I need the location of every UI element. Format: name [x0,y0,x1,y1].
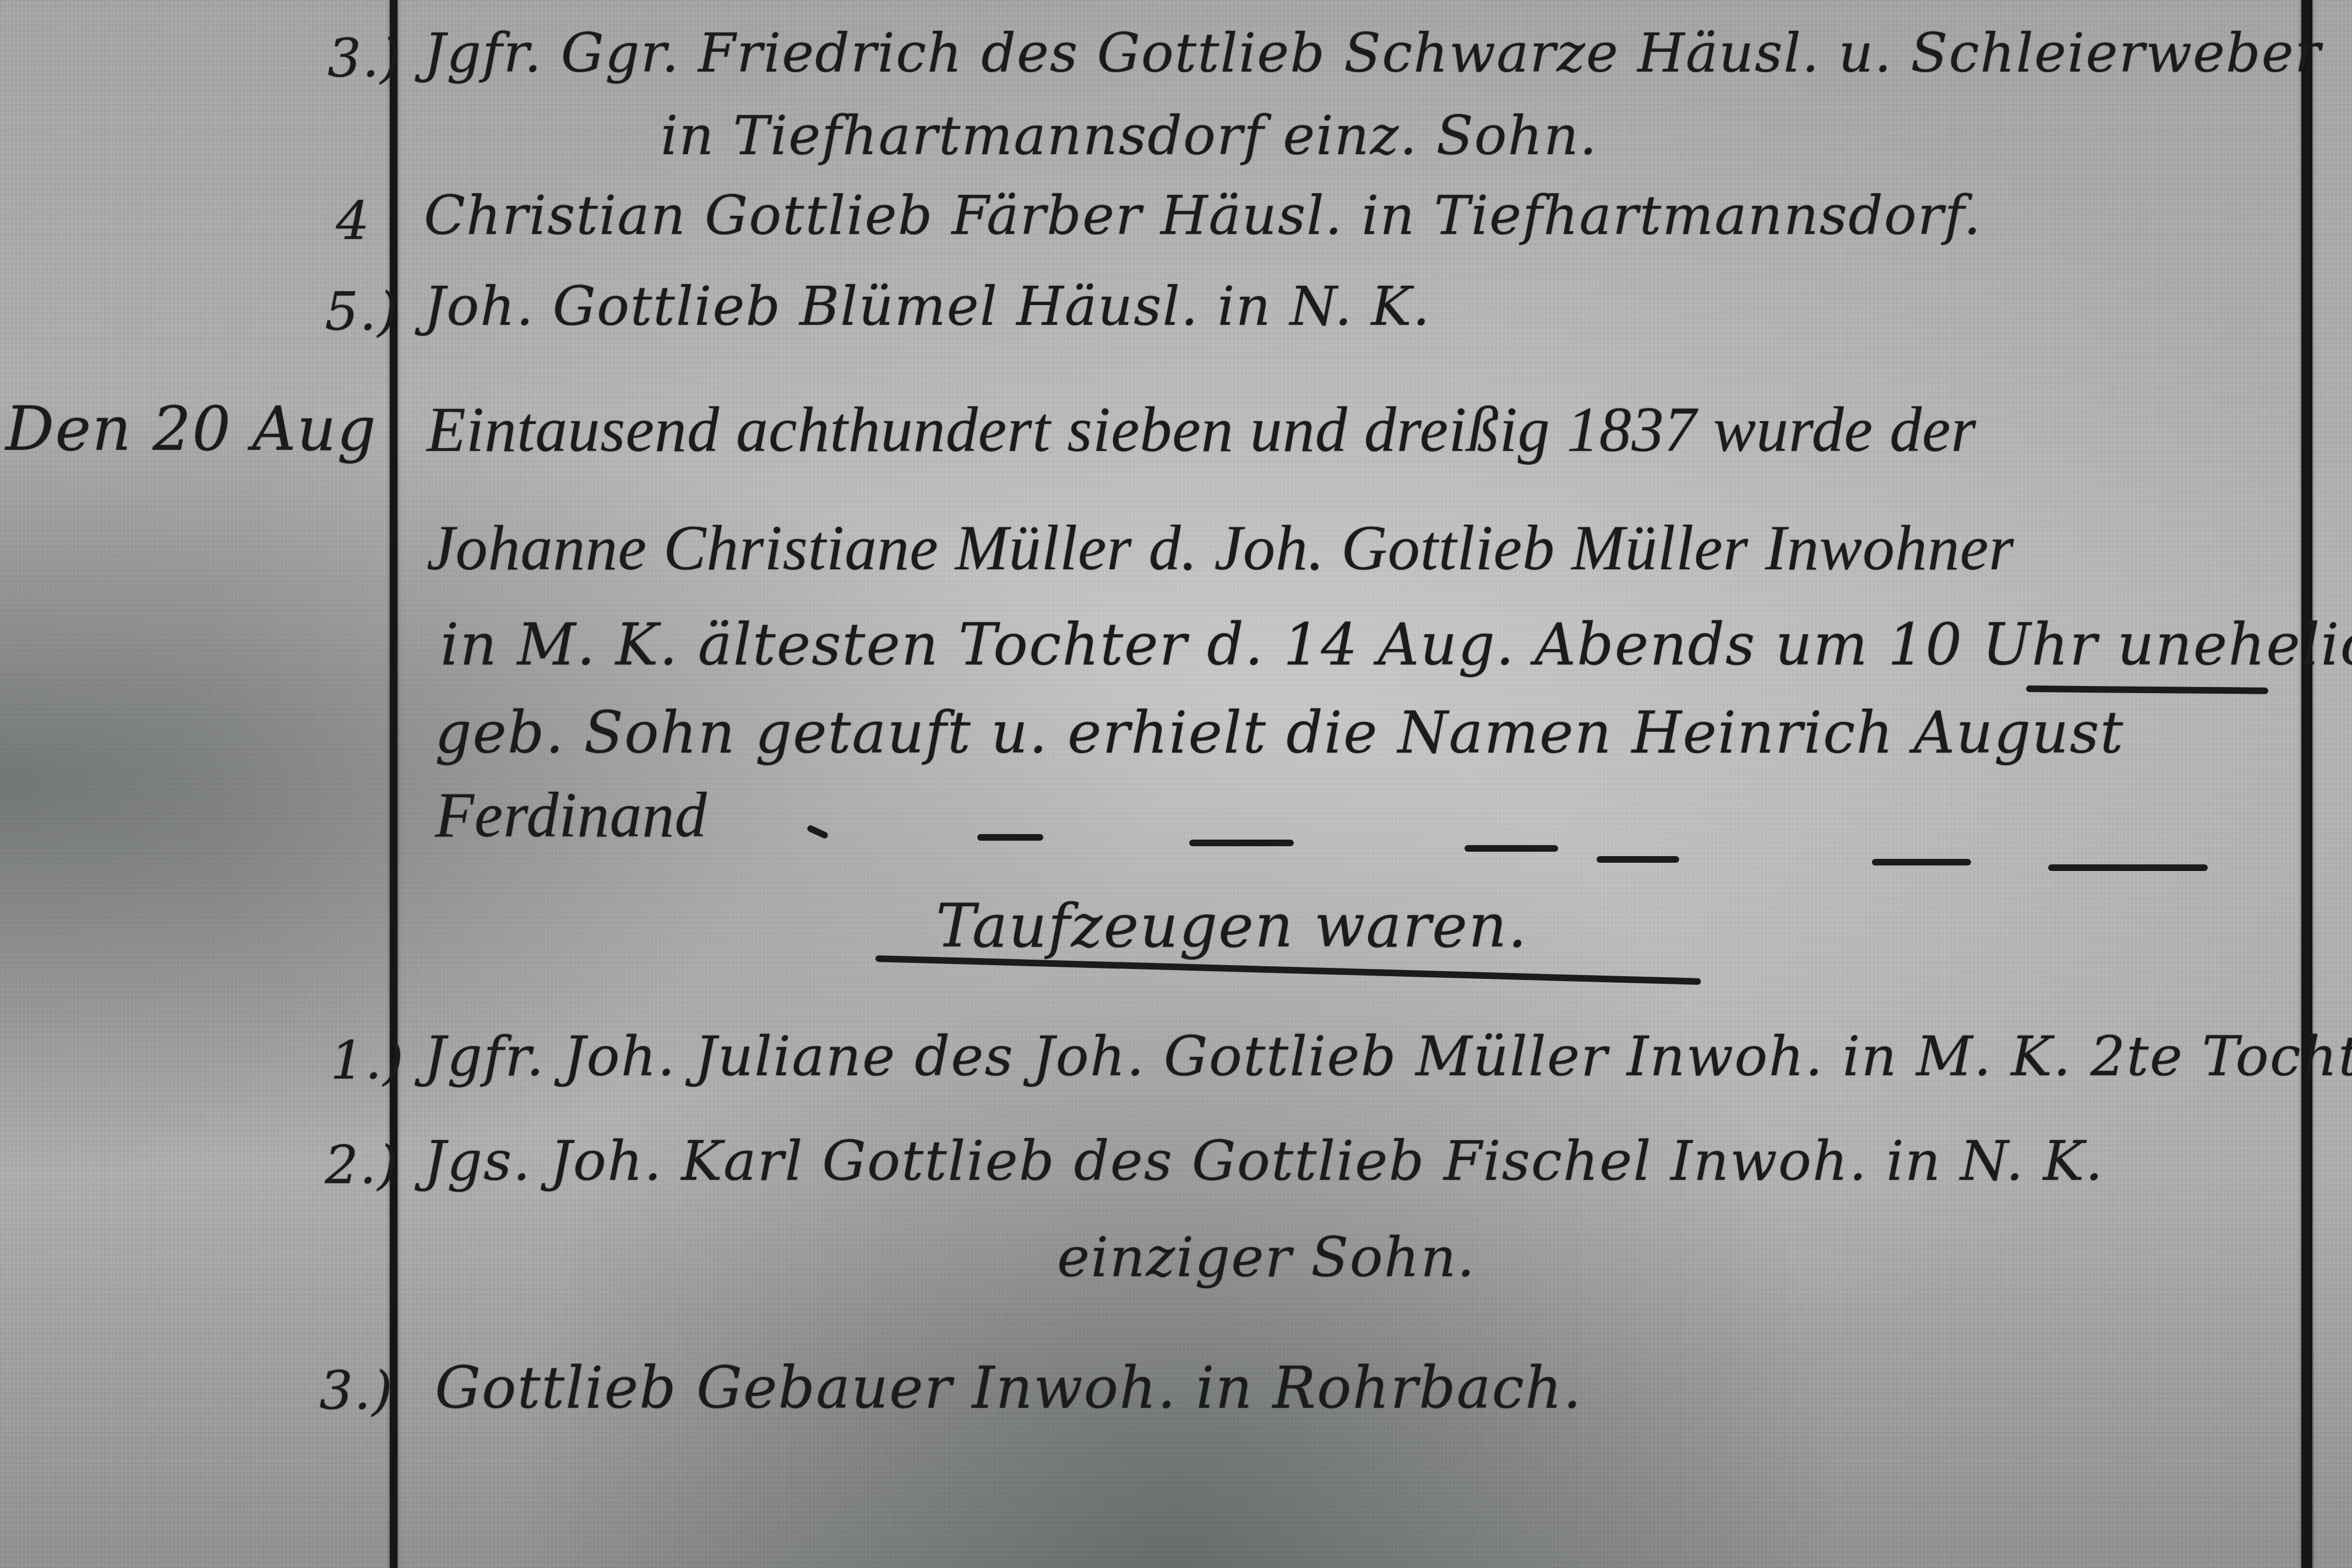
entry-line-3: in M. K. ältesten Tochter d. 14 Aug. Abe… [440,611,2352,678]
sponsor-number-3: 3.) [319,1360,394,1422]
sponsor-text-prev-3: Jgfr. Ggr. Friedrich des Gottlieb Schwar… [424,22,2322,85]
sponsor-text-prev-4: Christian Gottlieb Färber Häusl. in Tief… [424,184,1982,247]
sponsors-heading: Taufzeugen waren. [936,892,1528,961]
filler-dash [1189,840,1294,846]
filler-dash [977,834,1043,841]
filler-dash [1597,856,1679,863]
entry-line-1: Eintausend achthundert sieben und dreißi… [427,394,1977,467]
sponsor-number-prev-4: 4 [336,190,371,252]
sponsor-text-2-continuation: einziger Sohn. [1057,1225,1476,1289]
sponsor-text-1: Jgfr. Joh. Juliane des Joh. Gottlieb Mül… [424,1024,2352,1088]
sponsor-number-2: 2.) [325,1134,399,1196]
entry-margin-date: Den 20 Aug [6,394,377,464]
entry-line-4: geb. Sohn getauft u. erhielt die Namen H… [435,699,2124,766]
sponsor-text-2: Jgs. Joh. Karl Gottlieb des Gottlieb Fis… [424,1129,2104,1193]
filler-dash [1464,845,1558,852]
right-margin-rule [2301,0,2312,1568]
sponsor-text-3: Gottlieb Gebauer Inwoh. in Rohrbach. [435,1354,1582,1422]
filler-dash [1872,859,1971,865]
entry-line-2: Johanne Christiane Müller d. Joh. Gottli… [427,512,2015,585]
sponsor-text-prev-3-continuation: in Tiefhartmannsdorf einz. Sohn. [661,105,1598,167]
sponsor-text-prev-5: Joh. Gottlieb Blümel Häusl. in N. K. [424,275,1431,338]
sponsor-number-1: 1.) [330,1030,405,1091]
filler-dash [2048,864,2208,871]
entry-line-5: Ferdinand [435,779,707,852]
sponsor-number-prev-3: 3.) [328,28,402,89]
left-margin-rule [390,0,398,1568]
sponsor-number-prev-5: 5.) [325,281,399,342]
